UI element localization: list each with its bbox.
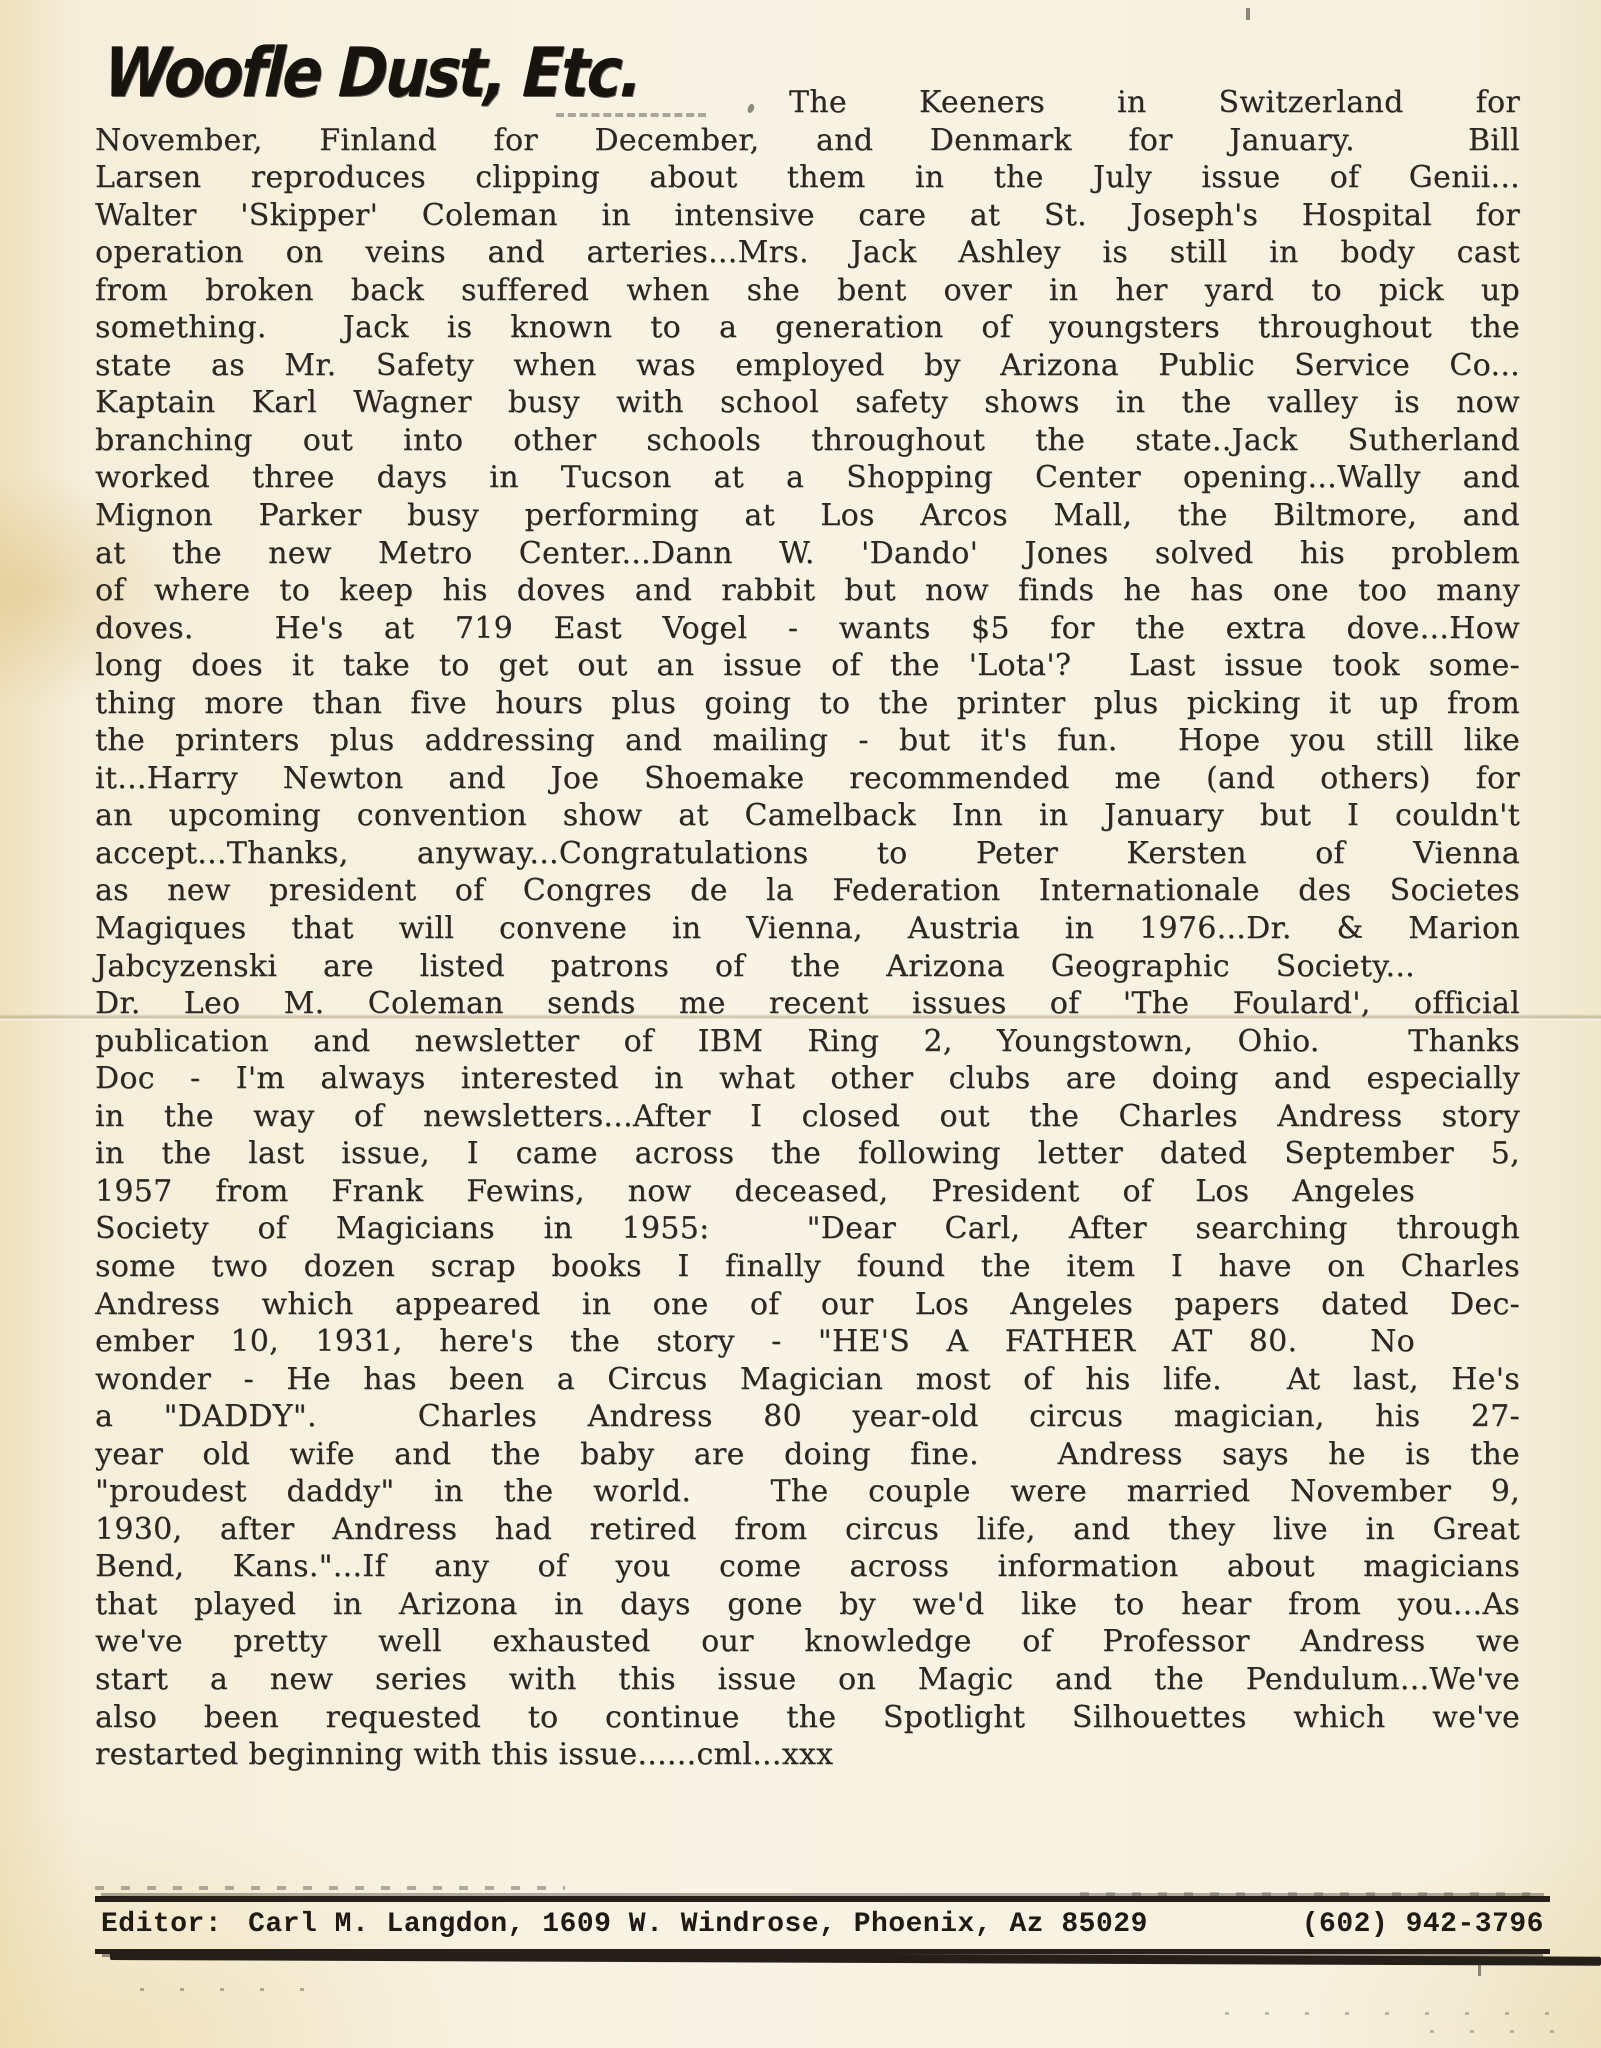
body-text: The Keeners in Switzerland forNovember, … (95, 84, 1520, 1774)
body-line: also been requested to continue the Spot… (95, 1699, 1520, 1737)
body-line: state as Mr. Safety when was employed by… (95, 347, 1520, 385)
body-line: 1957 from Frank Fewins, now deceased, Pr… (95, 1173, 1520, 1211)
body-line: The Keeners in Switzerland for (95, 84, 1520, 122)
body-line: a "DADDY". Charles Andress 80 year-old c… (95, 1398, 1520, 1436)
body-line: in the last issue, I came across the fol… (95, 1135, 1520, 1173)
body-line: Bend, Kans."...If any of you come across… (95, 1548, 1520, 1586)
editor-phone: (602) 942-3796 (1302, 1909, 1544, 1940)
body-line: at the new Metro Center...Dann W. 'Dando… (95, 535, 1520, 573)
body-line: 1930, after Andress had retired from cir… (95, 1511, 1520, 1549)
body-line: Mignon Parker busy performing at Los Arc… (95, 497, 1520, 535)
body-line: worked three days in Tucson at a Shoppin… (95, 459, 1520, 497)
paper-specks (1430, 2030, 1580, 2033)
body-line: start a new series with this issue on Ma… (95, 1661, 1520, 1699)
body-line: accept...Thanks, anyway...Congratulation… (95, 835, 1520, 873)
body-line: the printers plus addressing and mailing… (95, 722, 1520, 760)
body-line: of where to keep his doves and rabbit bu… (95, 572, 1520, 610)
body-line: restarted beginning with this issue.....… (95, 1736, 1520, 1774)
editor-address: Carl M. Langdon, 1609 W. Windrose, Phoen… (248, 1909, 1148, 1940)
body-line: it...Harry Newton and Joe Shoemake recom… (95, 760, 1520, 798)
body-line: we've pretty well exhausted our knowledg… (95, 1623, 1520, 1661)
editor-label: Editor: (101, 1909, 222, 1940)
body-line: Doc - I'm always interested in what othe… (95, 1060, 1520, 1098)
body-line: from broken back suffered when she bent … (95, 272, 1520, 310)
paper-specks (1225, 2012, 1575, 2015)
body-line: Walter 'Skipper' Coleman in intensive ca… (95, 197, 1520, 235)
body-line: as new president of Congres de la Federa… (95, 872, 1520, 910)
paper-speck (1246, 8, 1250, 20)
body-line: publication and newsletter of IBM Ring 2… (95, 1023, 1520, 1061)
body-line: wonder - He has been a Circus Magician m… (95, 1361, 1520, 1399)
paper-specks (140, 1988, 310, 1991)
body-line: Jabcyzenski are listed patrons of the Ar… (95, 948, 1520, 986)
body-line: long does it take to get out an issue of… (95, 647, 1520, 685)
body-line: in the way of newsletters...After I clos… (95, 1098, 1520, 1136)
body-line: something. Jack is known to a generation… (95, 309, 1520, 347)
body-line: branching out into other schools through… (95, 422, 1520, 460)
body-line: an upcoming convention show at Camelback… (95, 797, 1520, 835)
body-line: Kaptain Karl Wagner busy with school saf… (95, 384, 1520, 422)
paper-speck (1478, 1964, 1481, 1976)
typed-dash-remnants-left (95, 1886, 565, 1890)
body-line: some two dozen scrap books I finally fou… (95, 1248, 1520, 1286)
body-line: ember 10, 1931, here's the story - "HE'S… (95, 1323, 1520, 1361)
footer-bar: Editor:Carl M. Langdon, 1609 W. Windrose… (95, 1896, 1550, 1954)
body-line: Larsen reproduces clipping about them in… (95, 159, 1520, 197)
body-line: November, Finland for December, and Denm… (95, 122, 1520, 160)
body-line: doves. He's at 719 East Vogel - wants $5… (95, 610, 1520, 648)
body-line: Andress which appeared in one of our Los… (95, 1286, 1520, 1324)
body-line: thing more than five hours plus going to… (95, 685, 1520, 723)
body-line: year old wife and the baby are doing fin… (95, 1436, 1520, 1474)
newsletter-page: Woofle Dust, Etc. The Keeners in Switzer… (0, 0, 1601, 2048)
editor-info: Editor:Carl M. Langdon, 1609 W. Windrose… (101, 1909, 1148, 1940)
body-line: that played in Arizona in days gone by w… (95, 1586, 1520, 1624)
body-line: operation on veins and arteries...Mrs. J… (95, 234, 1520, 272)
body-line: "proudest daddy" in the world. The coupl… (95, 1473, 1520, 1511)
body-line: Society of Magicians in 1955: "Dear Carl… (95, 1210, 1520, 1248)
body-line: Magiques that will convene in Vienna, Au… (95, 910, 1520, 948)
fold-crease (0, 1014, 1601, 1021)
